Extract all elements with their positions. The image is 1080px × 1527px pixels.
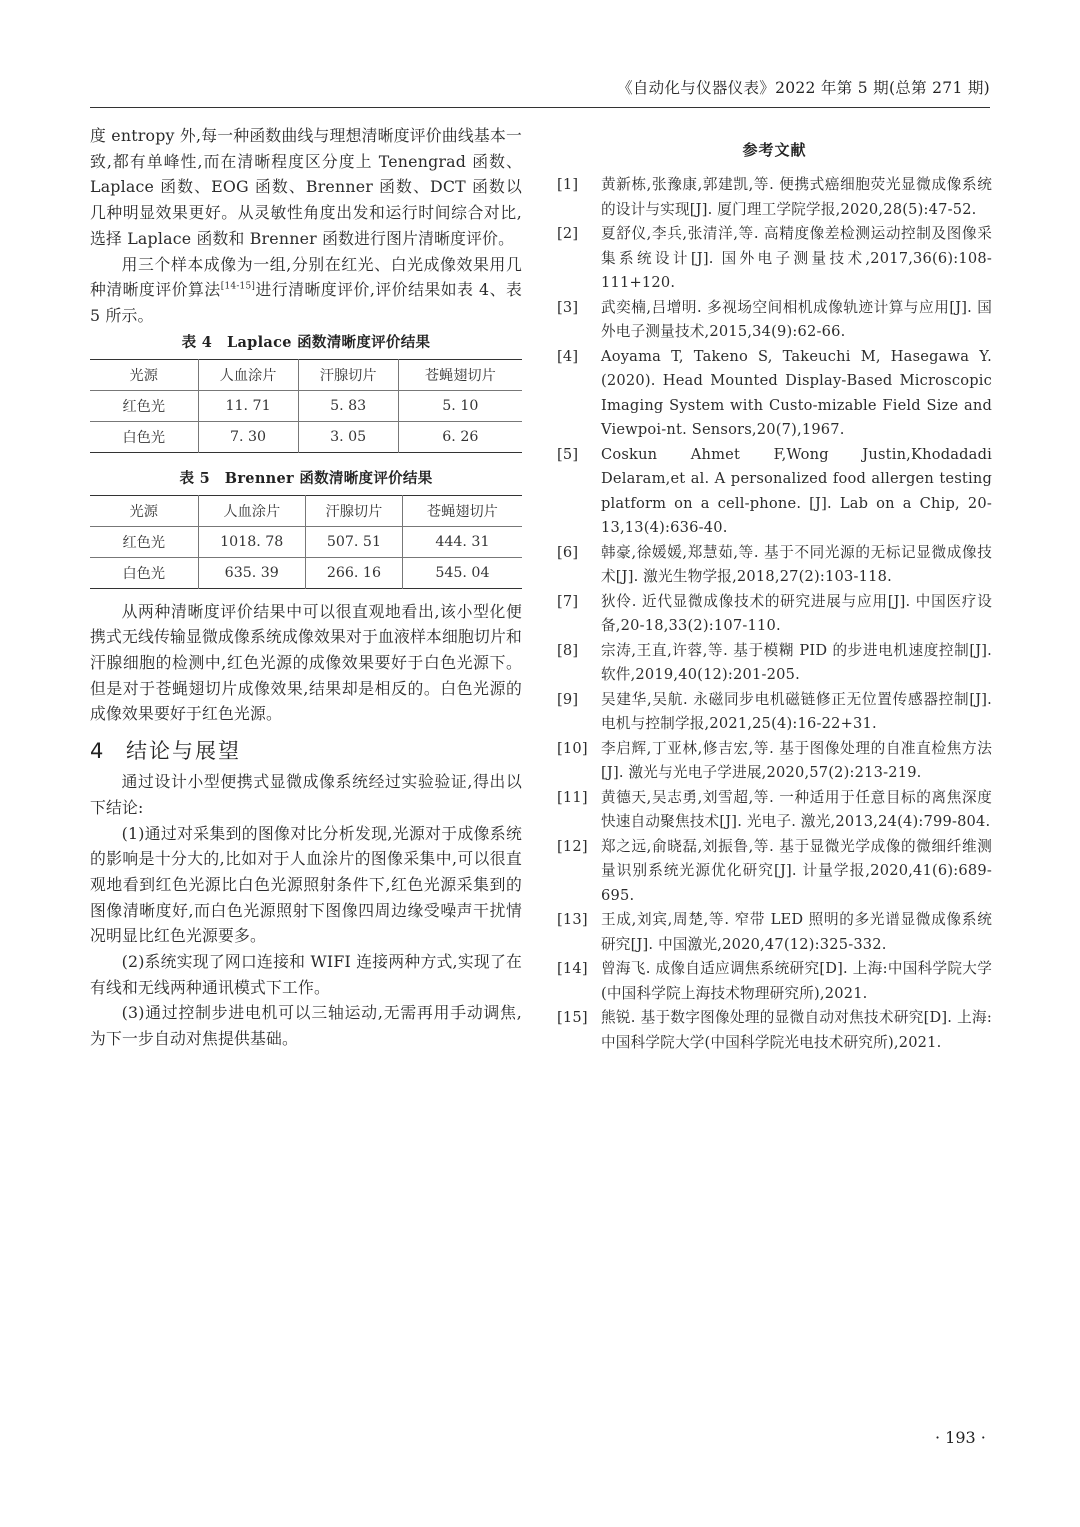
table5-caption: 表 5 Brenner 函数清晰度评价结果 bbox=[90, 467, 522, 488]
reference-number: [2] bbox=[557, 222, 601, 296]
reference-text: 夏舒仪,李兵,张清洋,等. 高精度像差检测运动控制及图像采集系统设计[J]. 国… bbox=[601, 222, 992, 296]
reference-item: [10]李启辉,丁亚林,修吉宏,等. 基于图像处理的自准直检焦方法[J]. 激光… bbox=[557, 737, 992, 786]
table-cell: 5. 83 bbox=[298, 390, 398, 421]
table-cell: 635. 39 bbox=[198, 557, 306, 588]
reference-item: [4]Aoyama T, Takeno S, Takeuchi M, Haseg… bbox=[557, 345, 992, 443]
table-cell: 白色光 bbox=[90, 421, 198, 452]
section-heading: 4结论与展望 bbox=[90, 735, 522, 765]
table-cell: 545. 04 bbox=[402, 557, 522, 588]
paragraph-function-comparison: 度 entropy 外,每一种函数曲线与理想清晰度评价曲线基本一致,都有单峰性,… bbox=[90, 123, 522, 252]
running-header: 《自动化与仪器仪表》2022 年第 5 期(总第 271 期) bbox=[90, 76, 990, 108]
reference-item: [8]宗涛,王直,许蓉,等. 基于模糊 PID 的步进电机速度控制[J]. 软件… bbox=[557, 639, 992, 688]
citation-link[interactable]: [14-15] bbox=[221, 282, 255, 292]
reference-item: [12]郑之远,俞晓磊,刘振鲁,等. 基于显微光学成像的微细纤维测量识别系统光源… bbox=[557, 835, 992, 909]
paragraph-conclusion-point-3: (3)通过控制步进电机可以三轴运动,无需再用手动调焦,为下一步自动对焦提供基础。 bbox=[90, 1000, 522, 1051]
table-header-cell: 人血涂片 bbox=[198, 359, 298, 390]
table-header-cell: 汗腺切片 bbox=[306, 495, 403, 526]
table-cell: 11. 71 bbox=[198, 390, 298, 421]
table-row: 白色光 635. 39 266. 16 545. 04 bbox=[90, 557, 522, 588]
reference-number: [3] bbox=[557, 296, 601, 345]
reference-text: 曾海飞. 成像自适应调焦系统研究[D]. 上海:中国科学院大学(中国科学院上海技… bbox=[601, 957, 992, 1006]
left-column: 度 entropy 外,每一种函数曲线与理想清晰度评价曲线基本一致,都有单峰性,… bbox=[90, 123, 522, 1052]
reference-number: [7] bbox=[557, 590, 601, 639]
reference-number: [11] bbox=[557, 786, 601, 835]
reference-number: [10] bbox=[557, 737, 601, 786]
reference-number: [14] bbox=[557, 957, 601, 1006]
table-cell: 507. 51 bbox=[306, 526, 403, 557]
table5-brenner: 光源 人血涂片 汗腺切片 苍蝇翅切片 红色光 1018. 78 507. 51 … bbox=[90, 495, 522, 589]
table-header-cell: 苍蝇翅切片 bbox=[398, 359, 522, 390]
reference-item: [5]Coskun Ahmet F,Wong Justin,Khodadadi … bbox=[557, 443, 992, 541]
reference-number: [8] bbox=[557, 639, 601, 688]
section-number: 4 bbox=[90, 739, 126, 763]
paragraph-evaluation-intro: 用三个样本成像为一组,分别在红光、白光成像效果用几种清晰度评价算法[14-15]… bbox=[90, 252, 522, 329]
reference-item: [9]吴建华,吴航. 永磁同步电机磁链修正无位置传感器控制[J]. 电机与控制学… bbox=[557, 688, 992, 737]
reference-item: [6]韩豪,徐媛媛,郑慧茹,等. 基于不同光源的无标记显微成像技术[J]. 激光… bbox=[557, 541, 992, 590]
table-row: 白色光 7. 30 3. 05 6. 26 bbox=[90, 421, 522, 452]
reference-text: 宗涛,王直,许蓉,等. 基于模糊 PID 的步进电机速度控制[J]. 软件,20… bbox=[601, 639, 992, 688]
table-cell: 白色光 bbox=[90, 557, 198, 588]
reference-item: [14]曾海飞. 成像自适应调焦系统研究[D]. 上海:中国科学院大学(中国科学… bbox=[557, 957, 992, 1006]
reference-number: [13] bbox=[557, 908, 601, 957]
table-header-row: 光源 人血涂片 汗腺切片 苍蝇翅切片 bbox=[90, 359, 522, 390]
table-cell: 444. 31 bbox=[402, 526, 522, 557]
table-cell: 5. 10 bbox=[398, 390, 522, 421]
table4-laplace: 光源 人血涂片 汗腺切片 苍蝇翅切片 红色光 11. 71 5. 83 5. 1… bbox=[90, 359, 522, 453]
paragraph-conclusion-intro: 通过设计小型便携式显微成像系统经过实验验证,得出以下结论: bbox=[90, 769, 522, 820]
reference-item: [3]武奕楠,吕增明. 多视场空间相机成像轨迹计算与应用[J]. 国外电子测量技… bbox=[557, 296, 992, 345]
reference-item: [11]黄德天,吴志勇,刘雪超,等. 一种适用于任意目标的离焦深度快速自动聚焦技… bbox=[557, 786, 992, 835]
table-header-cell: 苍蝇翅切片 bbox=[402, 495, 522, 526]
table-cell: 266. 16 bbox=[306, 557, 403, 588]
table-header-cell: 光源 bbox=[90, 359, 198, 390]
table-cell: 红色光 bbox=[90, 526, 198, 557]
reference-text: 韩豪,徐媛媛,郑慧茹,等. 基于不同光源的无标记显微成像技术[J]. 激光生物学… bbox=[601, 541, 992, 590]
reference-number: [12] bbox=[557, 835, 601, 909]
table4-caption: 表 4 Laplace 函数清晰度评价结果 bbox=[90, 331, 522, 352]
reference-text: Aoyama T, Takeno S, Takeuchi M, Hasegawa… bbox=[601, 345, 992, 443]
reference-item: [1]黄新栋,张豫康,郭建凯,等. 便携式癌细胞荧光显微成像系统的设计与实现[J… bbox=[557, 173, 992, 222]
table-row: 红色光 1018. 78 507. 51 444. 31 bbox=[90, 526, 522, 557]
table-header-cell: 光源 bbox=[90, 495, 198, 526]
reference-number: [9] bbox=[557, 688, 601, 737]
reference-text: 李启辉,丁亚林,修吉宏,等. 基于图像处理的自准直检焦方法[J]. 激光与光电子… bbox=[601, 737, 992, 786]
reference-text: 武奕楠,吕增明. 多视场空间相机成像轨迹计算与应用[J]. 国外电子测量技术,2… bbox=[601, 296, 992, 345]
paragraph-conclusion-point-1: (1)通过对采集到的图像对比分析发现,光源对于成像系统的影响是十分大的,比如对于… bbox=[90, 821, 522, 950]
table-cell: 7. 30 bbox=[198, 421, 298, 452]
paragraph-conclusion-point-2: (2)系统实现了网口连接和 WIFI 连接两种方式,实现了在有线和无线两种通讯模… bbox=[90, 949, 522, 1000]
reference-text: 郑之远,俞晓磊,刘振鲁,等. 基于显微光学成像的微细纤维测量识别系统光源优化研究… bbox=[601, 835, 992, 909]
reference-number: [6] bbox=[557, 541, 601, 590]
table-row: 红色光 11. 71 5. 83 5. 10 bbox=[90, 390, 522, 421]
reference-number: [4] bbox=[557, 345, 601, 443]
reference-text: 狄伶. 近代显微成像技术的研究进展与应用[J]. 中国医疗设备,20-18,33… bbox=[601, 590, 992, 639]
reference-item: [7]狄伶. 近代显微成像技术的研究进展与应用[J]. 中国医疗设备,20-18… bbox=[557, 590, 992, 639]
reference-text: 黄德天,吴志勇,刘雪超,等. 一种适用于任意目标的离焦深度快速自动聚焦技术[J]… bbox=[601, 786, 992, 835]
page-number: · 193 · bbox=[935, 1428, 986, 1447]
reference-number: [5] bbox=[557, 443, 601, 541]
reference-text: 吴建华,吴航. 永磁同步电机磁链修正无位置传感器控制[J]. 电机与控制学报,2… bbox=[601, 688, 992, 737]
table-header-cell: 人血涂片 bbox=[198, 495, 306, 526]
paragraph-results-analysis: 从两种清晰度评价结果中可以很直观地看出,该小型化便携式无线传输显微成像系统成像效… bbox=[90, 599, 522, 728]
reference-text: 熊锐. 基于数字图像处理的显微自动对焦技术研究[D]. 上海:中国科学院大学(中… bbox=[601, 1006, 992, 1055]
reference-text: Coskun Ahmet F,Wong Justin,Khodadadi Del… bbox=[601, 443, 992, 541]
reference-item: [2]夏舒仪,李兵,张清洋,等. 高精度像差检测运动控制及图像采集系统设计[J]… bbox=[557, 222, 992, 296]
table-cell: 6. 26 bbox=[398, 421, 522, 452]
table-cell: 红色光 bbox=[90, 390, 198, 421]
table-cell: 3. 05 bbox=[298, 421, 398, 452]
reference-number: [15] bbox=[557, 1006, 601, 1055]
table-header-cell: 汗腺切片 bbox=[298, 359, 398, 390]
reference-item: [15]熊锐. 基于数字图像处理的显微自动对焦技术研究[D]. 上海:中国科学院… bbox=[557, 1006, 992, 1055]
section-title: 结论与展望 bbox=[126, 739, 241, 763]
reference-number: [1] bbox=[557, 173, 601, 222]
reference-text: 王成,刘宾,周楚,等. 窄带 LED 照明的多光谱显微成像系统研究[J]. 中国… bbox=[601, 908, 992, 957]
references-column: 参考文献 [1]黄新栋,张豫康,郭建凯,等. 便携式癌细胞荧光显微成像系统的设计… bbox=[557, 123, 992, 1055]
reference-item: [13]王成,刘宾,周楚,等. 窄带 LED 照明的多光谱显微成像系统研究[J]… bbox=[557, 908, 992, 957]
table-cell: 1018. 78 bbox=[198, 526, 306, 557]
references-title: 参考文献 bbox=[557, 139, 992, 160]
reference-text: 黄新栋,张豫康,郭建凯,等. 便携式癌细胞荧光显微成像系统的设计与实现[J]. … bbox=[601, 173, 992, 222]
reference-list: [1]黄新栋,张豫康,郭建凯,等. 便携式癌细胞荧光显微成像系统的设计与实现[J… bbox=[557, 173, 992, 1055]
table-header-row: 光源 人血涂片 汗腺切片 苍蝇翅切片 bbox=[90, 495, 522, 526]
